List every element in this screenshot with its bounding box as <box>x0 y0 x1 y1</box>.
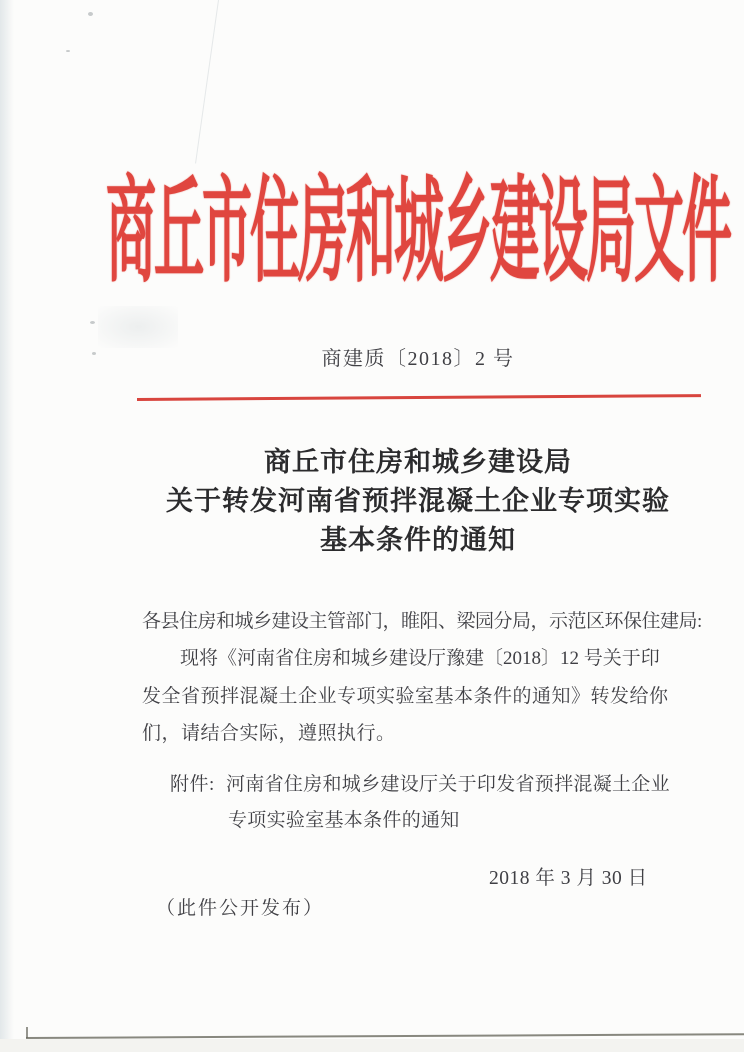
document-number: 商建质〔2018〕2 号 <box>72 342 744 371</box>
document-title-line-3: 基本条件的通知 <box>72 521 744 560</box>
scan-bottom-strip <box>0 1039 744 1052</box>
scan-speck <box>90 321 95 324</box>
letterhead-red-rule <box>137 394 701 401</box>
letterhead-org-title: 商丘市住房和城乡建设局文件 <box>106 139 730 305</box>
scan-left-edge <box>0 0 14 1052</box>
document-title: 商丘市住房和城乡建设局 关于转发河南省预拌混凝土企业专项实验 基本条件的通知 <box>72 443 744 560</box>
body-paragraph-line-1: 现将《河南省住房和城乡建设厅豫建〔2018〕12 号关于印 <box>180 643 660 670</box>
scan-bottom-edge-step <box>26 1027 28 1038</box>
document-title-line-2: 关于转发河南省预拌混凝土企业专项实验 <box>72 482 744 521</box>
scanned-document-page: 商丘市住房和城乡建设局文件 商建质〔2018〕2 号 商丘市住房和城乡建设局 关… <box>0 0 744 1052</box>
document-date: 2018 年 3 月 30 日 <box>489 862 648 890</box>
public-release-note: （此件公开发布） <box>156 893 324 920</box>
body-paragraph-line-3: 们，请结合实际，遵照执行。 <box>142 718 396 745</box>
salutation-line: 各县住房和城乡建设主管部门，睢阳、梁园分局，示范区环保住建局: <box>142 606 702 633</box>
attachment-label: 附件: <box>170 769 215 796</box>
body-paragraph-line-2: 发全省预拌混凝土企业专项实验室基本条件的通知》转发给你 <box>142 681 669 708</box>
scan-speck <box>66 50 70 52</box>
document-title-line-1: 商丘市住房和城乡建设局 <box>72 443 744 482</box>
attachment-line-2: 专项实验室基本条件的通知 <box>228 805 460 832</box>
scan-speck <box>88 12 93 16</box>
letterhead: 商丘市住房和城乡建设局文件 <box>72 158 744 286</box>
attachment-line-1: 河南省住房和城乡建设厅关于印发省预拌混凝土企业 <box>226 769 670 796</box>
